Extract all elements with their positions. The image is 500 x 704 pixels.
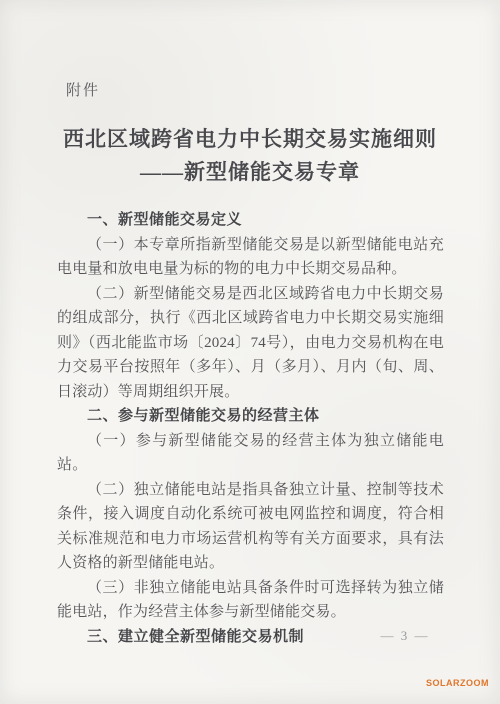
document-title-line2: ——新型储能交易专章	[0, 156, 500, 189]
paragraph-2-2: （二）独立储能电站是指具备独立计量、控制等技术条件，接入调度自动化系统可被电网监…	[57, 478, 444, 576]
paragraph-2-3: （三）非独立储能电站具备条件时可选择转为独立储能电站，作为经营主体参与新型储能交…	[57, 576, 444, 625]
document-title-line1: 西北区域跨省电力中长期交易实施细则	[0, 123, 500, 156]
solarzoom-watermark: SOLARZOOM	[426, 678, 489, 688]
document-body: 一、新型储能交易定义 （一）本专章所指新型储能交易是以新型储能电站充电电量和放电…	[57, 208, 444, 649]
document-title: 西北区域跨省电力中长期交易实施细则 ——新型储能交易专章	[0, 123, 500, 189]
paragraph-1-2: （二）新型储能交易是西北区域跨省电力中长期交易的组成部分，执行《西北区域跨省电力…	[57, 282, 444, 405]
scanned-document-page: 附件 西北区域跨省电力中长期交易实施细则 ——新型储能交易专章 一、新型储能交易…	[0, 0, 500, 704]
paragraph-1-1: （一）本专章所指新型储能交易是以新型储能电站充电电量和放电电量为标的物的电力中长…	[57, 233, 444, 282]
section-heading-2: 二、参与新型储能交易的经营主体	[57, 404, 444, 429]
section-heading-1: 一、新型储能交易定义	[57, 208, 444, 233]
paragraph-2-1: （一）参与新型储能交易的经营主体为独立储能电站。	[57, 429, 444, 478]
attachment-label: 附件	[66, 79, 100, 100]
page-number: — 3 —	[360, 628, 450, 644]
